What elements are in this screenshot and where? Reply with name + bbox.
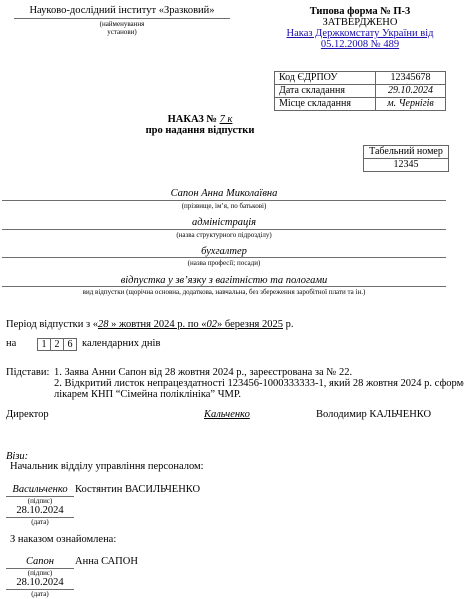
ack-name: Анна САПОН <box>75 556 138 567</box>
institution-caption-1: (найменування <box>14 20 230 28</box>
info-value: 29.10.2024 <box>376 85 446 98</box>
leave-type-caption: вид відпустки (щорічна основна, додатков… <box>2 288 446 296</box>
period-from-day: 28 <box>98 319 109 330</box>
department-line <box>2 229 446 230</box>
form-title: Типова форма № П-3 <box>290 6 430 17</box>
department-caption: (назва структурного підрозділу) <box>2 231 446 239</box>
grounds-item-2-cont: лікарем КНП “Сімейна поліклініка” ЧМР. <box>54 389 241 400</box>
info-table: Код ЄДРПОУ 12345678 Дата складання 29.10… <box>274 71 446 111</box>
info-row-date: Дата складання 29.10.2024 <box>275 85 446 98</box>
approval-link-line1[interactable]: Наказ Держкомстату України від <box>282 28 438 39</box>
ack-signature-block: Сапон (підпис) 28.10.2024 (дата) <box>6 556 74 598</box>
info-label: Код ЄДРПОУ <box>275 72 376 85</box>
tab-number-table: Табельний номер 12345 <box>363 145 449 172</box>
order-subtitle: про надання відпустки <box>130 125 270 136</box>
days-count-boxes: 1 2 6 <box>37 338 77 351</box>
leave-period: Період відпустки з «28 » жовтня 2024 р. … <box>6 319 294 330</box>
info-value: 12345678 <box>376 72 446 85</box>
order-number: 7 к <box>220 114 233 125</box>
position-caption: (назва професії; посади) <box>2 259 446 267</box>
ack-signature: Сапон <box>6 556 74 569</box>
acknowledgement-label: З наказом ознайомлена: <box>10 534 116 545</box>
ack-date-caption: (дата) <box>6 590 74 598</box>
hr-date: 28.10.2024 <box>6 505 74 518</box>
hr-signature-caption: (підпис) <box>6 497 74 505</box>
days-digit: 2 <box>50 338 64 351</box>
info-label: Місце складання <box>275 98 376 111</box>
leave-type-line <box>2 286 446 287</box>
grounds-item-1: 1. Заява Анни Сапон від 28 жовтня 2024 р… <box>54 367 352 378</box>
period-to-day: 02 <box>207 319 218 330</box>
department: адміністрація <box>2 217 446 228</box>
hr-title: Начальник відділу управління персоналом: <box>10 461 204 472</box>
director-signature: Кальченко <box>204 409 250 420</box>
period-suffix: р. <box>283 319 294 330</box>
approval-link-line2[interactable]: 05.12.2008 № 489 <box>282 39 438 50</box>
director-name: Володимир КАЛЬЧЕНКО <box>316 409 431 420</box>
hr-name: Костянтин ВАСИЛЬЧЕНКО <box>75 484 200 495</box>
days-digit: 1 <box>37 338 51 351</box>
grounds-label: Підстави: <box>6 367 49 378</box>
employee-name: Сапон Анна Миколаївна <box>2 188 446 199</box>
institution-underline <box>14 18 230 19</box>
period-to-rest: » березня 2025 <box>217 319 283 330</box>
hr-signature: Васильченко <box>6 484 74 497</box>
info-row-place: Місце складання м. Чернігів <box>275 98 446 111</box>
institution-name: Науково-дослідний інститут «Зразковий» <box>14 5 230 16</box>
employee-name-caption: (прізвище, ім’я, по батькові) <box>2 202 446 210</box>
hr-signature-block: Васильченко (підпис) 28.10.2024 (дата) <box>6 484 74 526</box>
leave-type: відпустка у зв’язку з вагітністю та поло… <box>2 275 446 286</box>
order-title-prefix: НАКАЗ № <box>168 114 220 125</box>
tab-number-label: Табельний номер <box>364 146 449 159</box>
info-label: Дата складання <box>275 85 376 98</box>
director-title: Директор <box>6 409 49 420</box>
order-title: НАКАЗ № 7 к <box>130 114 270 125</box>
grounds-item-2: 2. Відкритий листок непрацездатності 123… <box>54 378 464 389</box>
position-line <box>2 257 446 258</box>
tab-number-value: 12345 <box>364 159 449 172</box>
hr-date-caption: (дата) <box>6 518 74 526</box>
ack-signature-caption: (підпис) <box>6 569 74 577</box>
approved-label: ЗАТВЕРДЖЕНО <box>290 17 430 28</box>
period-prefix: Період відпустки з « <box>6 319 98 330</box>
days-digit: 6 <box>63 338 77 351</box>
days-on-label: на <box>6 338 16 349</box>
position: бухгалтер <box>2 246 446 257</box>
info-value: м. Чернігів <box>376 98 446 111</box>
ack-date: 28.10.2024 <box>6 577 74 590</box>
days-label: календарних днів <box>82 338 160 349</box>
period-from-rest: » жовтня 2024 р. по « <box>109 319 207 330</box>
info-row-edrpou: Код ЄДРПОУ 12345678 <box>275 72 446 85</box>
institution-caption-2: установи) <box>14 28 230 36</box>
employee-name-line <box>2 200 446 201</box>
